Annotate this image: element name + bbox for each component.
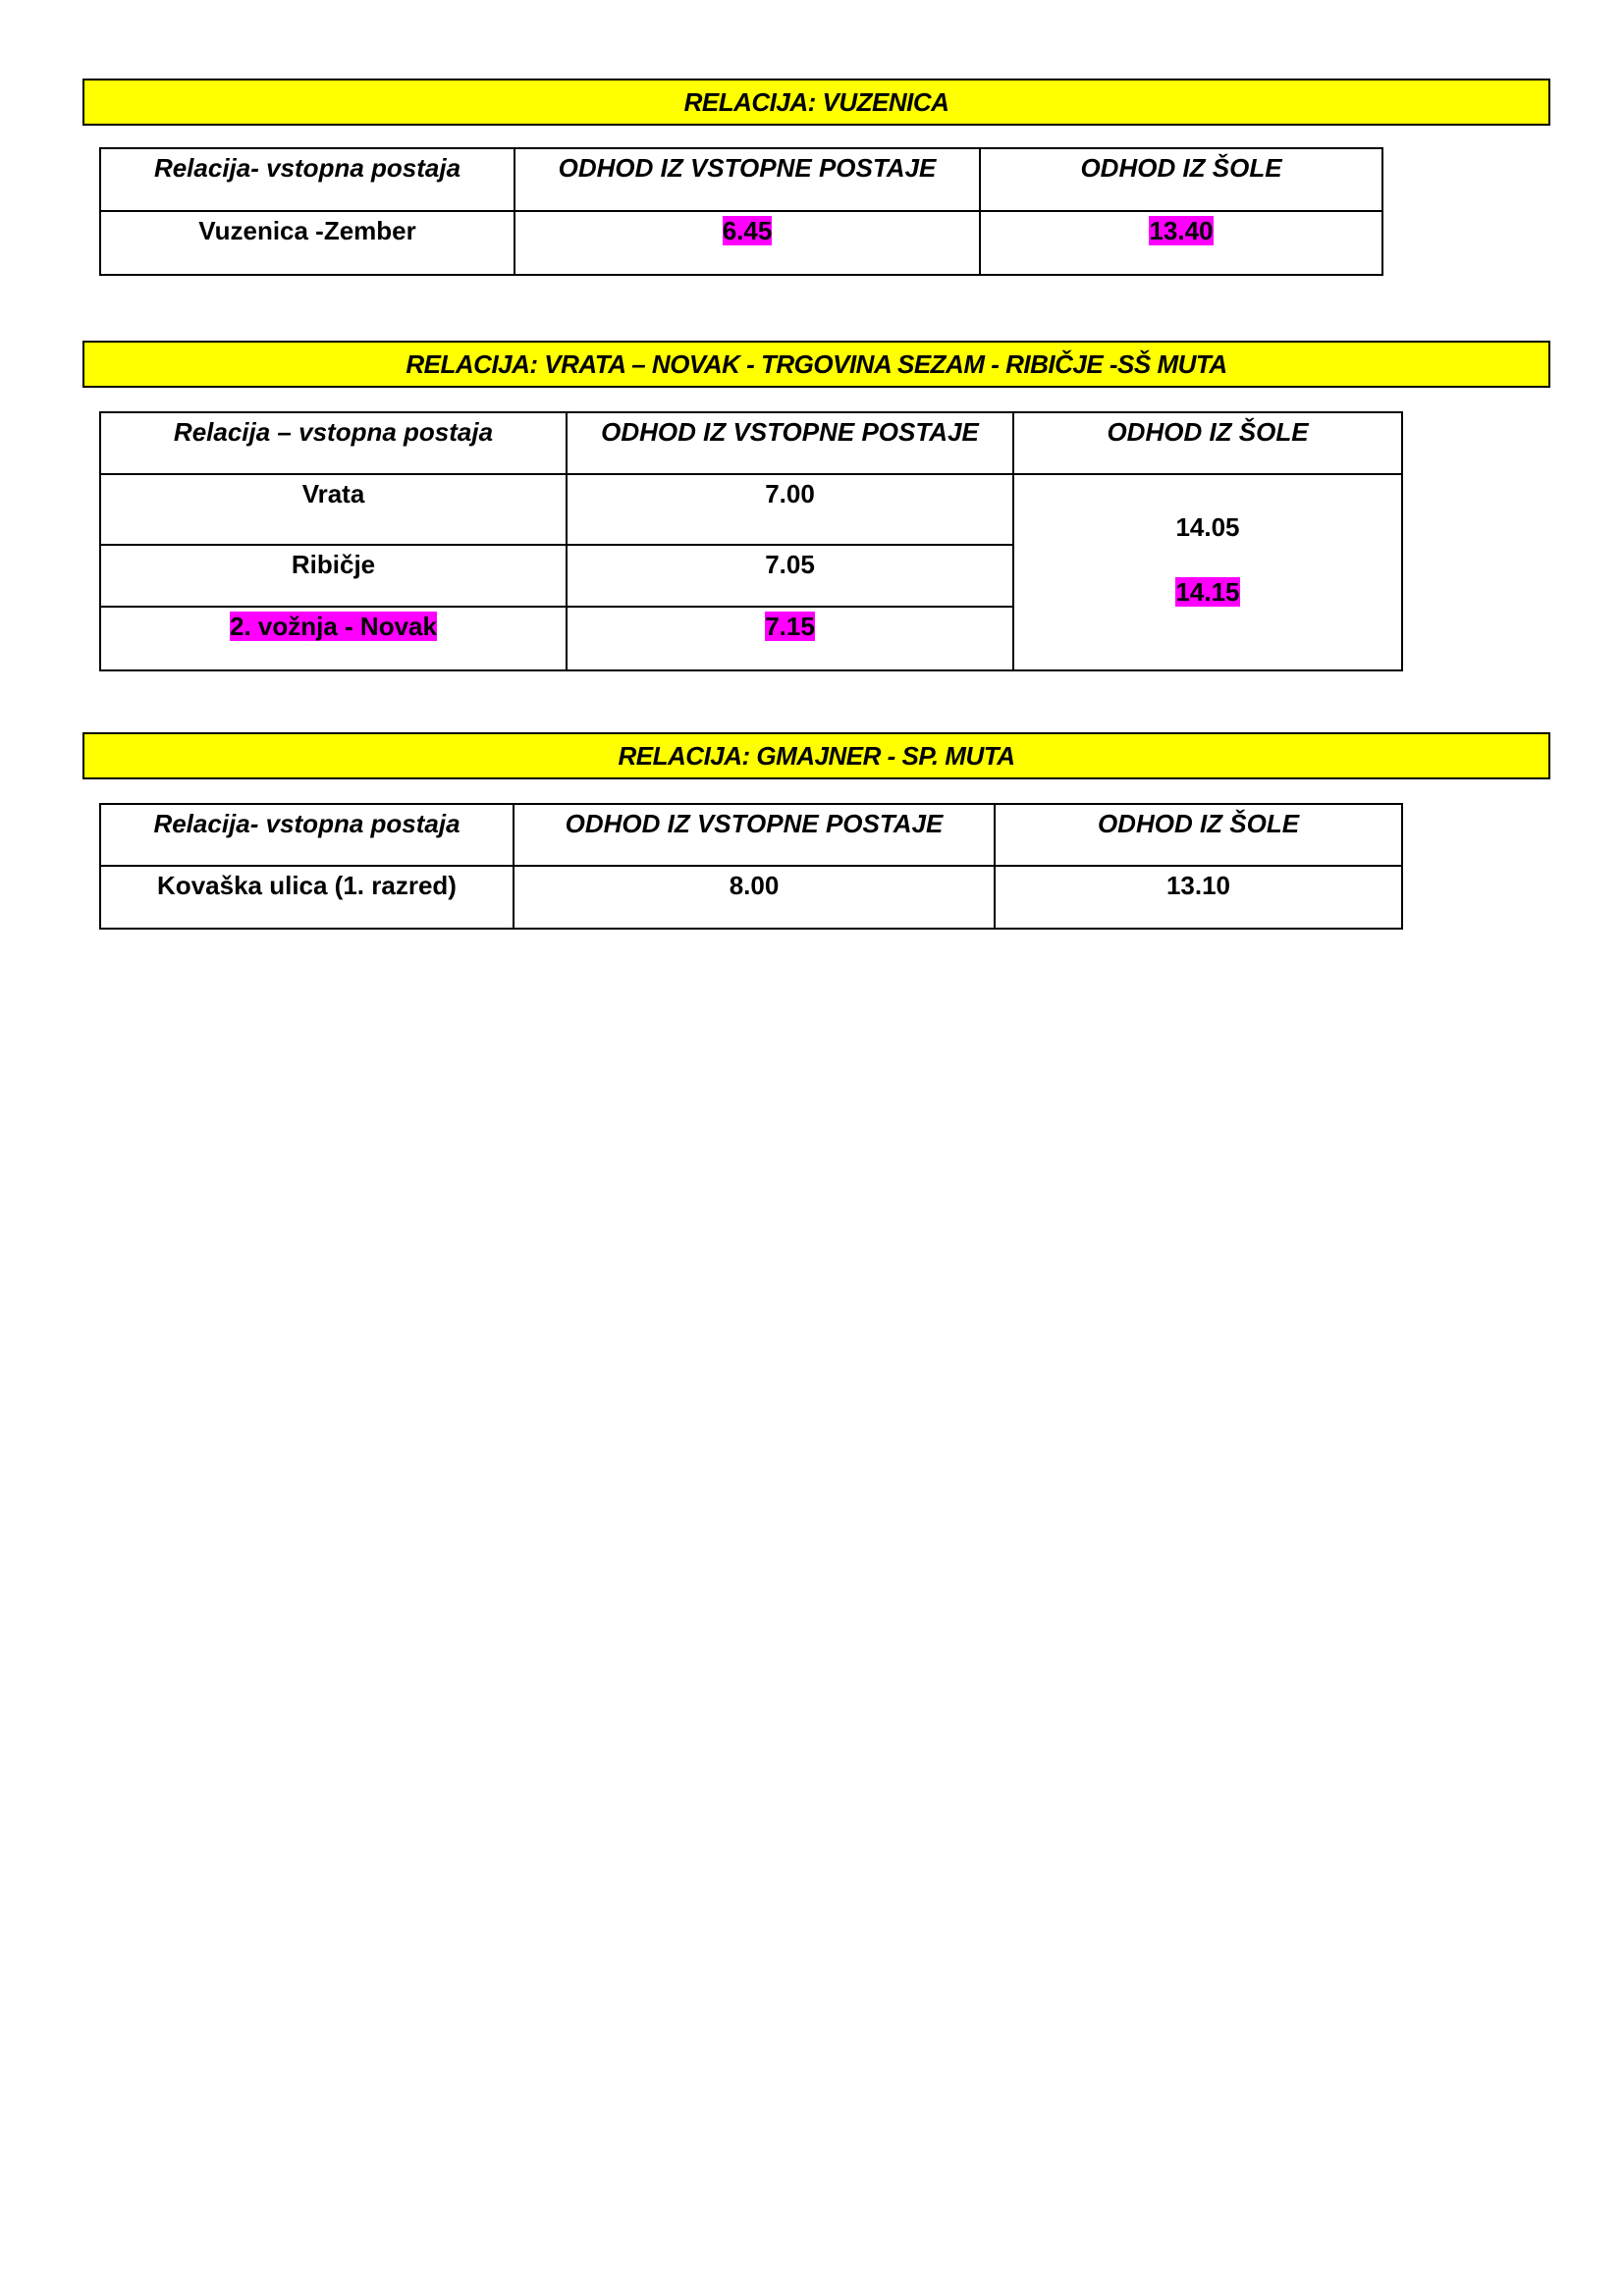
schedule-table-vrata-novak: Relacija – vstopna postaja ODHOD IZ VSTO… [99,411,1403,671]
header-departure-stop: ODHOD IZ VSTOPNE POSTAJE [567,412,1013,474]
cell-station: Vrata [100,474,567,545]
section-title-text: RELACIJA: VUZENICA [684,87,949,118]
cell-station: Ribičje [100,545,567,607]
departure-school-time: 14.15 [1175,577,1239,607]
schedule-table-gmajner: Relacija- vstopna postaja ODHOD IZ VSTOP… [99,803,1403,930]
cell-departure-stop: 8.00 [514,866,995,929]
table-header-row: Relacija- vstopna postaja ODHOD IZ VSTOP… [100,148,1382,211]
cell-departure-stop: 6.45 [514,211,980,275]
header-departure-stop: ODHOD IZ VSTOPNE POSTAJE [514,148,980,211]
departure-school-time: 14.05 [1175,512,1239,542]
cell-station: Kovaška ulica (1. razred) [100,866,514,929]
table-row: Vuzenica -Zember 6.45 13.40 [100,211,1382,275]
header-departure-stop: ODHOD IZ VSTOPNE POSTAJE [514,804,995,866]
section-title-text: RELACIJA: GMAJNER - SP. MUTA [619,741,1015,772]
cell-departure-stop: 7.05 [567,545,1013,607]
cell-station: Vuzenica -Zember [100,211,514,275]
table-row: Vrata 7.00 14.05 14.15 [100,474,1402,545]
header-departure-school: ODHOD IZ ŠOLE [980,148,1382,211]
cell-departure-stop: 7.00 [567,474,1013,545]
header-departure-school: ODHOD IZ ŠOLE [995,804,1402,866]
cell-departure-stop: 7.15 [567,607,1013,670]
section-title-gmajner: RELACIJA: GMAJNER - SP. MUTA [82,732,1550,779]
section-title-vuzenica: RELACIJA: VUZENICA [82,79,1550,126]
section-title-vrata-novak: RELACIJA: VRATA – NOVAK - TRGOVINA SEZAM… [82,341,1550,388]
header-departure-school: ODHOD IZ ŠOLE [1013,412,1402,474]
section-title-text: RELACIJA: VRATA – NOVAK - TRGOVINA SEZAM… [406,349,1226,380]
cell-station: 2. vožnja - Novak [100,607,567,670]
cell-departure-school: 13.10 [995,866,1402,929]
table-header-row: Relacija- vstopna postaja ODHOD IZ VSTOP… [100,804,1402,866]
header-station: Relacija- vstopna postaja [100,804,514,866]
cell-departure-school: 13.40 [980,211,1382,275]
cell-departure-school: 14.05 14.15 [1013,474,1402,670]
header-station: Relacija- vstopna postaja [100,148,514,211]
header-station: Relacija – vstopna postaja [100,412,567,474]
schedule-table-vuzenica: Relacija- vstopna postaja ODHOD IZ VSTOP… [99,147,1383,276]
table-row: Kovaška ulica (1. razred) 8.00 13.10 [100,866,1402,929]
table-header-row: Relacija – vstopna postaja ODHOD IZ VSTO… [100,412,1402,474]
